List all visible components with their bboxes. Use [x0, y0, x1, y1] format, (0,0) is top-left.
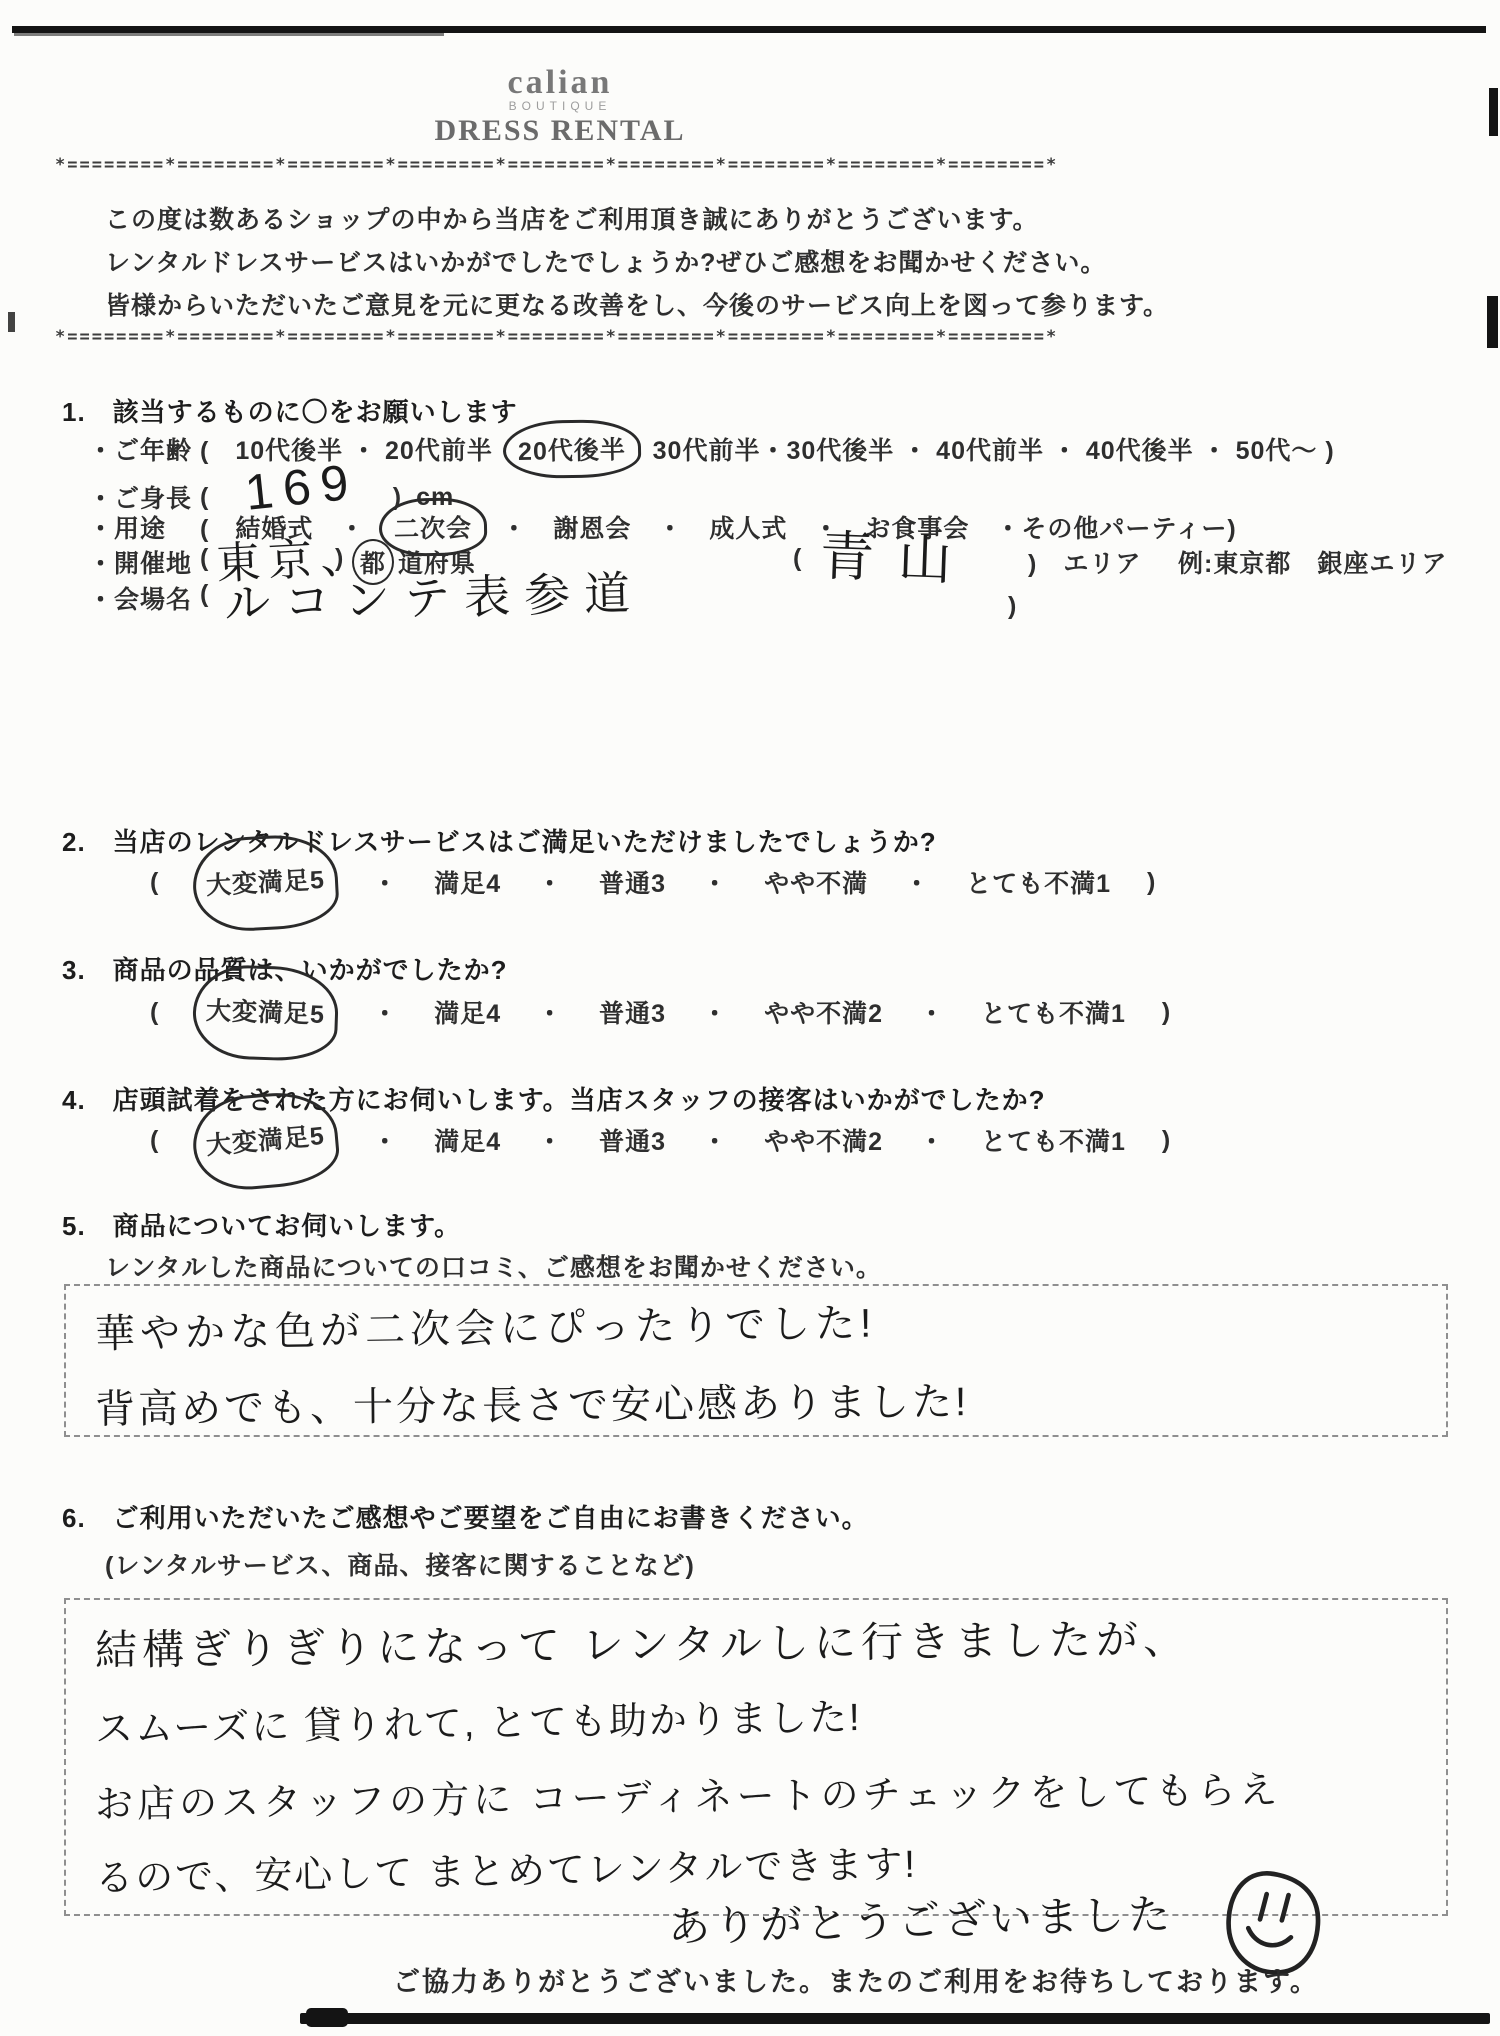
- q3-option-neutral: 普通3: [599, 994, 666, 1030]
- question-3-options: ( 大変満足5 ・ 満足4 ・ 普通3 ・ やや不満2 ・ とても不満1 ): [150, 992, 1171, 1032]
- place-open-paren: (: [200, 544, 209, 573]
- q3-close-paren: ): [1162, 998, 1171, 1027]
- q4-close-paren: ): [1162, 1126, 1171, 1155]
- question-2-options: ( 大変満足5 ・ 満足4 ・ 普通3 ・ やや不満 ・ とても不満1 ): [150, 862, 1156, 902]
- place-close-paren-2: ) エリア: [1028, 544, 1141, 580]
- question-2-title: 2. 当店のレンタルドレスサービスはご満足いただけましたでしょうか?: [62, 822, 937, 859]
- scan-line-bottom: [300, 2013, 1490, 2024]
- q4-option-neutral: 普通3: [599, 1122, 666, 1158]
- question-4-options: ( 大変満足5 ・ 満足4 ・ 普通3 ・ やや不満2 ・ とても不満1 ): [150, 1120, 1171, 1160]
- scan-mark-right-2: [1487, 296, 1498, 348]
- q2-option-neutral: 普通3: [599, 864, 666, 900]
- age-options-post: 30代前半・30代後半 ・ 40代前半 ・ 40代後半 ・ 50代〜 ): [653, 431, 1335, 467]
- q4-sep-2: ・: [537, 1122, 563, 1158]
- q2-option-satisfied: 満足4: [434, 864, 501, 900]
- q2-sep-4: ・: [904, 864, 930, 900]
- q4-sep-4: ・: [919, 1122, 945, 1158]
- q3-sep-3: ・: [702, 994, 728, 1030]
- q4-open-paren: (: [150, 1126, 159, 1155]
- question-1-title: 1. 該当するものに〇をお願いします: [62, 392, 518, 429]
- scan-blob-bottom: [306, 2008, 348, 2027]
- q2-open-paren: (: [150, 868, 159, 897]
- q2-option-unsatisfied: やや不満: [764, 864, 868, 900]
- purpose-label: ・用途: [88, 509, 200, 545]
- q4-option-very-unsatisfied: とても不満1: [981, 1122, 1126, 1158]
- q2-close-paren: ): [1147, 868, 1156, 897]
- place-open-paren-2: (: [793, 544, 802, 573]
- intro-line-3: 皆様からいただいたご意見を元に更なる改善をし、今後のサービス向上を図って参ります…: [105, 286, 1169, 322]
- logo-brand-text: calian: [400, 64, 720, 102]
- q4-option-satisfied: 満足4: [434, 1122, 501, 1158]
- q3-sep-2: ・: [537, 994, 563, 1030]
- q3-open-paren: (: [150, 998, 159, 1027]
- q4-option-unsatisfied: やや不満2: [764, 1122, 883, 1158]
- question-5-title: 5. 商品についてお伺いします。: [62, 1206, 461, 1243]
- q3-option-very-unsatisfied: とても不満1: [981, 994, 1126, 1030]
- q5-handwritten-line-1: 華やかな色が二次会にぴったりでした!: [95, 1292, 877, 1360]
- q2-circled-answer: 大変満足5: [191, 832, 341, 933]
- q6-handwritten-line-5: ありがとうございました: [667, 1881, 1174, 1954]
- q3-sep-1: ・: [372, 994, 398, 1030]
- age-circled-answer: 20代後半: [502, 419, 641, 479]
- q2-sep-3: ・: [702, 864, 728, 900]
- scan-mark-right-1: [1489, 88, 1498, 136]
- q4-sep-1: ・: [372, 1122, 398, 1158]
- venue-name-handwritten: ルコンテ表参道: [223, 557, 645, 634]
- question-6-title: 6. ご利用いただいたご感想やご要望をご自由にお書きください。: [62, 1498, 869, 1535]
- q2-sep-2: ・: [537, 864, 563, 900]
- logo-boutique-text: BOUTIQUE: [400, 99, 720, 113]
- age-label: ・ご年齢: [88, 431, 200, 467]
- q5-handwritten-line-2: 背高めでも、十分な長さで安心感ありました!: [95, 1370, 970, 1435]
- shop-logo: calian BOUTIQUE DRESS RENTAL: [400, 64, 720, 148]
- question-5-subtitle: レンタルした商品についての口コミ、ご感想をお聞かせください。: [105, 1248, 882, 1284]
- scan-mark-left: [8, 312, 15, 332]
- q2-sep-1: ・: [372, 864, 398, 900]
- q3-sep-4: ・: [919, 994, 945, 1030]
- scan-line-top-echo: [14, 33, 444, 36]
- q3-option-satisfied: 満足4: [434, 994, 501, 1030]
- divider-top: *========*========*========*========*===…: [55, 155, 1058, 175]
- logo-service-text: DRESS RENTAL: [400, 114, 720, 148]
- q2-option-very-unsatisfied: とても不満1: [966, 864, 1111, 900]
- place-label: ・開催地: [88, 544, 192, 580]
- question-6-subtitle: (レンタルサービス、商品、接客に関することなど): [105, 1546, 695, 1582]
- q3-option-unsatisfied: やや不満2: [764, 994, 883, 1030]
- divider-bottom: *========*========*========*========*===…: [55, 327, 1058, 347]
- venue-open-paren: (: [200, 580, 209, 609]
- place-example: 例:東京都 銀座エリア: [1178, 544, 1447, 580]
- scanned-survey-page: calian BOUTIQUE DRESS RENTAL *========*=…: [0, 0, 1500, 2036]
- venue-close-paren: ): [1008, 592, 1017, 621]
- scan-line-top: [12, 26, 1486, 33]
- q6-handwritten-line-1: 結構ぎりぎりになって レンタルしに行きましたが、: [95, 1606, 1191, 1677]
- intro-line-2: レンタルドレスサービスはいかがでしたでしょうか?ぜひご感想をお聞かせください。: [105, 243, 1106, 279]
- q4-sep-3: ・: [702, 1122, 728, 1158]
- footer-thanks-note: ご協力ありがとうございました。またのご利用をお待ちしております。: [393, 1960, 1319, 1999]
- intro-line-1: この度は数あるショップの中から当店をご利用頂き誠にありがとうございます。: [105, 200, 1039, 236]
- venue-label: ・会場名: [88, 580, 192, 616]
- place-area-handwritten: 青山: [819, 513, 978, 595]
